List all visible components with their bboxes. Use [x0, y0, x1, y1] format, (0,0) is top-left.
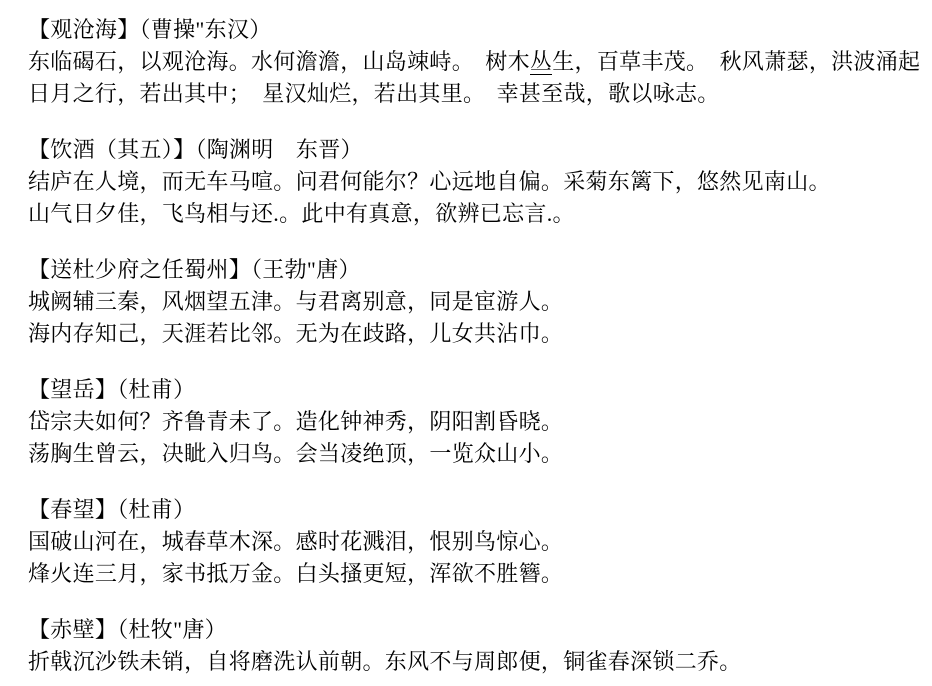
poem-yin-jiu: 【饮酒（其五）】（陶渊明 东晋） 结庐在人境，而无车马喧。问君何能尔？心远地自偏…	[28, 134, 932, 230]
poem-title: 【望岳】（杜甫）	[28, 374, 932, 406]
poem-line: 山气日夕佳，飞鸟相与还.。此中有真意，欲辨已忘言.。	[28, 198, 932, 230]
poem-line: 荡胸生曾云，决眦入归鸟。会当凌绝顶，一览众山小。	[28, 438, 932, 470]
poems-document: 【观沧海】（曹操"东汉） 东临碣石，以观沧海。水何澹澹，山岛竦峙。 树木丛生，百…	[0, 0, 932, 686]
poem-song-du-shao-fu: 【送杜少府之任蜀州】（王勃"唐） 城阙辅三秦，风烟望五津。与君离别意，同是宦游人…	[28, 254, 932, 350]
poem-title: 【赤壁】（杜牧"唐）	[28, 614, 932, 646]
poem-line: 烽火连三月，家书抵万金。白头搔更短，浑欲不胜簪。	[28, 558, 932, 590]
poem-line: 城阙辅三秦，风烟望五津。与君离别意，同是宦游人。	[28, 286, 932, 318]
poem-line: 海内存知己，天涯若比邻。无为在歧路，儿女共沾巾。	[28, 318, 932, 350]
poem-line: 岱宗夫如何？齐鲁青未了。造化钟神秀，阴阳割昏晓。	[28, 406, 932, 438]
poem-guan-cang-hai: 【观沧海】（曹操"东汉） 东临碣石，以观沧海。水何澹澹，山岛竦峙。 树木丛生，百…	[28, 14, 932, 110]
poem-line: 国破山河在，城春草木深。感时花溅泪，恨别鸟惊心。	[28, 526, 932, 558]
line-text: 东临碣石，以观沧海。水何澹澹，山岛竦峙。 树木	[28, 49, 530, 74]
poem-title: 【送杜少府之任蜀州】（王勃"唐）	[28, 254, 932, 286]
underlined-char: 丛	[530, 49, 552, 75]
poem-chi-bi: 【赤壁】（杜牧"唐） 折戟沉沙铁未销，自将磨洗认前朝。东风不与周郎便，铜雀春深锁…	[28, 614, 932, 678]
poem-wang-yue: 【望岳】（杜甫） 岱宗夫如何？齐鲁青未了。造化钟神秀，阴阳割昏晓。 荡胸生曾云，…	[28, 374, 932, 470]
poem-line: 折戟沉沙铁未销，自将磨洗认前朝。东风不与周郎便，铜雀春深锁二乔。	[28, 646, 932, 678]
poem-title: 【饮酒（其五）】（陶渊明 东晋）	[28, 134, 932, 166]
poem-line: 东临碣石，以观沧海。水何澹澹，山岛竦峙。 树木丛生，百草丰茂。 秋风萧瑟，洪波涌…	[28, 46, 932, 78]
poem-title: 【春望】（杜甫）	[28, 494, 932, 526]
poem-line: 结庐在人境，而无车马喧。问君何能尔？心远地自偏。采菊东篱下，悠然见南山。	[28, 166, 932, 198]
poem-line: 日月之行，若出其中； 星汉灿烂，若出其里。 幸甚至哉，歌以咏志。	[28, 78, 932, 110]
poem-chun-wang: 【春望】（杜甫） 国破山河在，城春草木深。感时花溅泪，恨别鸟惊心。 烽火连三月，…	[28, 494, 932, 590]
poem-title: 【观沧海】（曹操"东汉）	[28, 14, 932, 46]
line-text: 生，百草丰茂。 秋风萧瑟，洪波涌起	[552, 49, 920, 74]
